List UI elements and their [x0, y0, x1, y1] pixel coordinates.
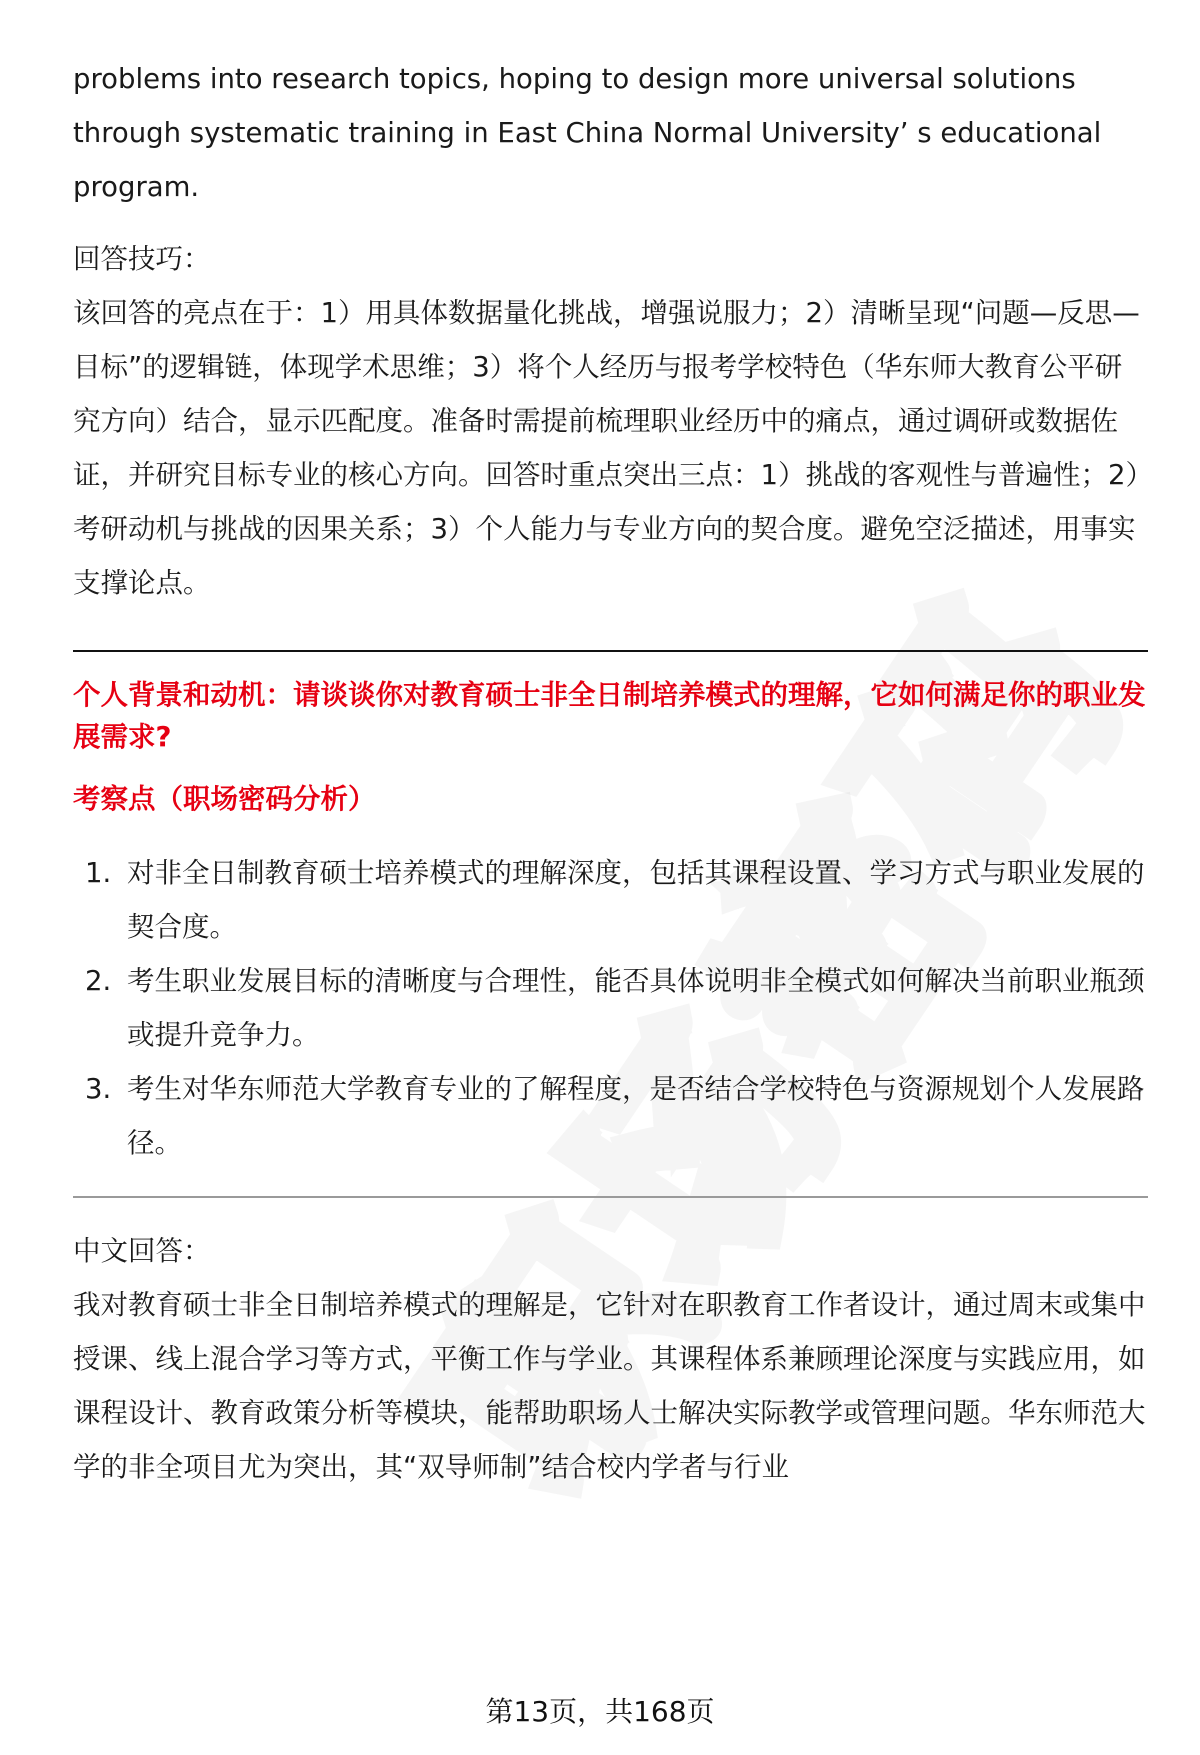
spacer — [73, 820, 1148, 846]
list-item: 2. 考生职业发展目标的清晰度与合理性，能否具体说明非全模式如何解决当前职业瓶颈… — [73, 954, 1148, 1062]
list-item-text: 考生职业发展目标的清晰度与合理性，能否具体说明非全模式如何解决当前职业瓶颈或提升… — [127, 965, 1145, 1051]
spacer — [73, 652, 1148, 674]
list-item: 3. 考生对华东师范大学教育专业的了解程度，是否结合学校特色与资源规划个人发展路… — [73, 1062, 1148, 1170]
analysis-subheading: 考察点（职场密码分析） — [73, 778, 1148, 820]
list-item-number: 2. — [85, 954, 111, 1008]
spacer — [73, 758, 1148, 778]
page-indicator: 第13页，共168页 — [0, 1692, 1200, 1732]
list-item-text: 对非全日制教育硕士培养模式的理解深度，包括其课程设置、学习方式与职业发展的契合度… — [127, 857, 1145, 943]
spacer — [73, 1170, 1148, 1196]
intro-continuation-paragraph: problems into research topics, hoping to… — [73, 52, 1148, 214]
list-item-number: 1. — [85, 846, 111, 900]
spacer — [73, 214, 1148, 232]
tips-paragraph: 该回答的亮点在于：1）用具体数据量化挑战，增强说服力；2）清晰呈现“问题—反思—… — [73, 286, 1148, 610]
list-item-text: 考生对华东师范大学教育专业的了解程度，是否结合学校特色与资源规划个人发展路径。 — [127, 1073, 1145, 1159]
list-item: 1. 对非全日制教育硕士培养模式的理解深度，包括其课程设置、学习方式与职业发展的… — [73, 846, 1148, 954]
answer-paragraph: 我对教育硕士非全日制培养模式的理解是，它针对在职教育工作者设计，通过周末或集中授… — [73, 1278, 1148, 1494]
list-item-number: 3. — [85, 1062, 111, 1116]
spacer — [73, 1198, 1148, 1224]
question-heading: 个人背景和动机：请谈谈你对教育硕士非全日制培养模式的理解，它如何满足你的职业发展… — [73, 674, 1148, 758]
tips-label: 回答技巧： — [73, 232, 1148, 286]
answer-label: 中文回答： — [73, 1224, 1148, 1278]
spacer — [73, 610, 1148, 650]
document-page: problems into research topics, hoping to… — [73, 52, 1148, 1494]
analysis-points-list: 1. 对非全日制教育硕士培养模式的理解深度，包括其课程设置、学习方式与职业发展的… — [73, 846, 1148, 1170]
